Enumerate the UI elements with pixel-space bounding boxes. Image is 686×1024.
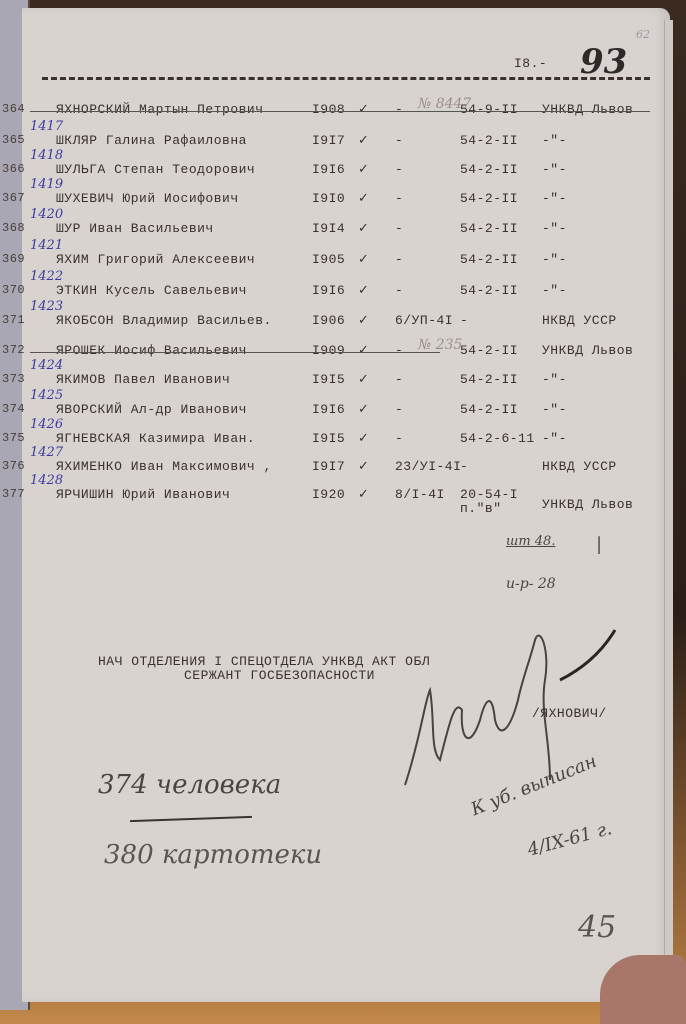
date-field: - [395, 402, 403, 417]
date-field: - [395, 431, 403, 446]
birth-year: I908 [312, 102, 345, 117]
typed-page-number: I8.- [514, 56, 547, 71]
archive-index: 1425 [30, 388, 63, 403]
check-mark-icon: ✓ [358, 221, 369, 236]
check-mark-icon: ✓ [358, 162, 369, 177]
table-row: 3681420ШУР Иван ВасильевичI9I4✓-54-2-II-… [0, 221, 686, 241]
case-number: 54-2-II [460, 283, 518, 298]
row-number: 374 [2, 402, 25, 416]
check-mark-icon: ✓ [358, 487, 369, 502]
archive-index: 1418 [30, 148, 63, 163]
person-name: ЯРОШЕК Иосиф Васильевич [56, 343, 247, 358]
birth-year: I9I5 [312, 431, 345, 446]
person-name: ЯКОБСОН Владимир Васильев. [56, 313, 272, 328]
agency: НКВД УССР [542, 313, 617, 328]
table-row: 3651417ШКЛЯР Галина РафаиловнаI9I7✓-54-2… [0, 133, 686, 153]
tally-count: шт 48. [506, 534, 555, 549]
date-field: - [395, 162, 403, 177]
table-row: 3671419ШУХЕВИЧ Юрий ИосифовичI9I0✓-54-2-… [0, 191, 686, 211]
case-number: 54-2-II [460, 162, 518, 177]
person-name: ЯХИМ Григорий Алексеевич [56, 252, 255, 267]
case-number: 54-2-II [460, 372, 518, 387]
check-mark-icon: ✓ [358, 313, 369, 328]
check-mark-icon: ✓ [358, 191, 369, 206]
archive-index: 1420 [30, 207, 63, 222]
check-mark-icon: ✓ [358, 102, 369, 117]
table-row: 3701422ЭТКИН Кусель СавельевичI9I6✓-54-2… [0, 283, 686, 303]
archive-index: 1419 [30, 177, 63, 192]
archive-index: 1423 [30, 299, 63, 314]
agency: -"- [542, 372, 567, 387]
agency: -"- [542, 162, 567, 177]
table-row: 3691421ЯХИМ Григорий АлексеевичI905✓-54-… [0, 252, 686, 272]
person-name: ЭТКИН Кусель Савельевич [56, 283, 247, 298]
person-name: ЯГНЕВСКАЯ Казимира Иван. [56, 431, 255, 446]
row-number: 373 [2, 372, 25, 386]
handwritten-page-number: 93 [580, 42, 627, 82]
case-number: - [460, 313, 468, 328]
birth-year: I906 [312, 313, 345, 328]
signature-title-line2: СЕРЖАНТ ГОСБЕЗОПАСНОСТИ [184, 668, 375, 683]
check-mark-icon: ✓ [358, 283, 369, 298]
sheet-number: 45 [578, 910, 616, 945]
birth-year: I905 [312, 252, 345, 267]
archive-index: 1422 [30, 269, 63, 284]
person-name: ЯКИМОВ Павел Иванович [56, 372, 230, 387]
archive-index: 1427 [30, 445, 63, 460]
check-mark-icon: ✓ [358, 372, 369, 387]
dashed-separator [42, 77, 650, 80]
birth-year: I9I7 [312, 133, 345, 148]
date-field: - [395, 283, 403, 298]
agency: -"- [542, 252, 567, 267]
birth-year: I909 [312, 343, 345, 358]
thumb [600, 955, 686, 1024]
row-number: 365 [2, 133, 25, 147]
check-mark-icon: ✓ [358, 252, 369, 267]
agency: -"- [542, 191, 567, 206]
person-name: ЯХНОРСКИЙ Мартын Петрович [56, 102, 264, 117]
row-number: 371 [2, 313, 25, 327]
person-name: ЯРЧИШИН Юрий Иванович [56, 487, 230, 502]
agency: НКВД УССР [542, 459, 617, 474]
person-name: ШКЛЯР Галина Рафаиловна [56, 133, 247, 148]
birth-year: I9I5 [312, 372, 345, 387]
date-field: 6/УП-4I [395, 313, 453, 328]
table-row: 3711423ЯКОБСОН Владимир Васильев.I906✓6/… [0, 313, 686, 333]
date-field: - [395, 252, 403, 267]
birth-year: I9I0 [312, 191, 345, 206]
table-row: 3741425ЯВОРСКИЙ Ал-др ИвановичI9I6✓-54-2… [0, 402, 686, 422]
row-number: 364 [2, 102, 25, 116]
signatory-name: /ЯХНОВИЧ/ [532, 706, 607, 721]
agency: УНКВД Львов [542, 497, 633, 512]
people-count-note: 374 человека [98, 770, 281, 800]
date-field: - [395, 191, 403, 206]
agency: -"- [542, 221, 567, 236]
table-row: 372ЯРОШЕК Иосиф ВасильевичI909✓-54-2-IIУ… [0, 343, 686, 363]
birth-year: I920 [312, 487, 345, 502]
date-field: - [395, 221, 403, 236]
person-name: ШУР Иван Васильевич [56, 221, 214, 236]
birth-year: I9I4 [312, 221, 345, 236]
agency: УНКВД Львов [542, 102, 633, 117]
agency: УНКВД Львов [542, 343, 633, 358]
date-field: 23/УI-4I [395, 459, 461, 474]
birth-year: I9I6 [312, 162, 345, 177]
row-number: 377 [2, 487, 25, 501]
agency: -"- [542, 133, 567, 148]
signature-title-line1: НАЧ ОТДЕЛЕНИЯ I СПЕЦОТДЕЛА УНКВД АКТ ОБЛ [98, 654, 430, 669]
struck-note: № 8447 [418, 96, 471, 112]
table-row: 3761427ЯХИМЕНКО Иван Максимович ,I9I7✓23… [0, 459, 686, 479]
case-number: 54-2-II [460, 133, 518, 148]
case-number: 54-2-II [460, 252, 518, 267]
agency: -"- [542, 283, 567, 298]
agency: -"- [542, 402, 567, 417]
check-mark-icon: ✓ [358, 431, 369, 446]
case-number: 54-2-II [460, 343, 518, 358]
row-number: 368 [2, 221, 25, 235]
date-field: 8/I-4I [395, 487, 445, 502]
check-mark-icon: ✓ [358, 133, 369, 148]
corner-pencil-number: 62 [636, 28, 650, 41]
case-number: 20-54-I [460, 487, 518, 502]
row-number: 376 [2, 459, 25, 473]
row-number: 372 [2, 343, 25, 357]
archive-index: 1426 [30, 417, 63, 432]
tally-tick: | [596, 534, 602, 555]
archive-index: 1421 [30, 238, 63, 253]
date-field: - [395, 343, 403, 358]
case-number: 54-2-II [460, 402, 518, 417]
table-row: 3731424ЯКИМОВ Павел ИвановичI9I5✓-54-2-I… [0, 372, 686, 392]
row-number: 367 [2, 191, 25, 205]
person-name: ЯВОРСКИЙ Ал-др Иванович [56, 402, 247, 417]
case-number: 54-2-6-11 [460, 431, 535, 446]
date-field: - [395, 102, 403, 117]
case-number: 54-2-II [460, 221, 518, 236]
check-mark-icon: ✓ [358, 459, 369, 474]
cards-count-note: 380 картотеки [104, 840, 322, 870]
person-name: ШУХЕВИЧ Юрий Иосифович [56, 191, 239, 206]
row-number: 375 [2, 431, 25, 445]
case-number: 54-2-II [460, 191, 518, 206]
strike-through-line [30, 352, 440, 353]
agency: -"- [542, 431, 567, 446]
check-mark-icon: ✓ [358, 343, 369, 358]
birth-year: I9I6 [312, 402, 345, 417]
tally-subcount: и-р- 28 [506, 576, 556, 592]
table-row: 3751426ЯГНЕВСКАЯ Казимира Иван.I9I5✓-54-… [0, 431, 686, 451]
person-name: ШУЛЬГА Степан Теодорович [56, 162, 255, 177]
strike-through-line [30, 111, 650, 112]
check-mark-icon: ✓ [358, 402, 369, 417]
case-subnumber: п."в" [460, 501, 502, 516]
table-row: 3771428ЯРЧИШИН Юрий ИвановичI920✓8/I-4I2… [0, 487, 686, 507]
archive-index: 1417 [30, 119, 63, 134]
table-row: 364ЯХНОРСКИЙ Мартын ПетровичI908✓-54-9-I… [0, 102, 686, 122]
case-number: - [460, 459, 468, 474]
row-number: 370 [2, 283, 25, 297]
struck-note: № 235 [418, 337, 462, 353]
birth-year: I9I6 [312, 283, 345, 298]
person-name: ЯХИМЕНКО Иван Максимович , [56, 459, 272, 474]
row-number: 366 [2, 162, 25, 176]
archive-index: 1428 [30, 473, 63, 488]
row-number: 369 [2, 252, 25, 266]
birth-year: I9I7 [312, 459, 345, 474]
archive-index: 1424 [30, 358, 63, 373]
table-row: 3661418ШУЛЬГА Степан ТеодоровичI9I6✓-54-… [0, 162, 686, 182]
date-field: - [395, 372, 403, 387]
date-field: - [395, 133, 403, 148]
